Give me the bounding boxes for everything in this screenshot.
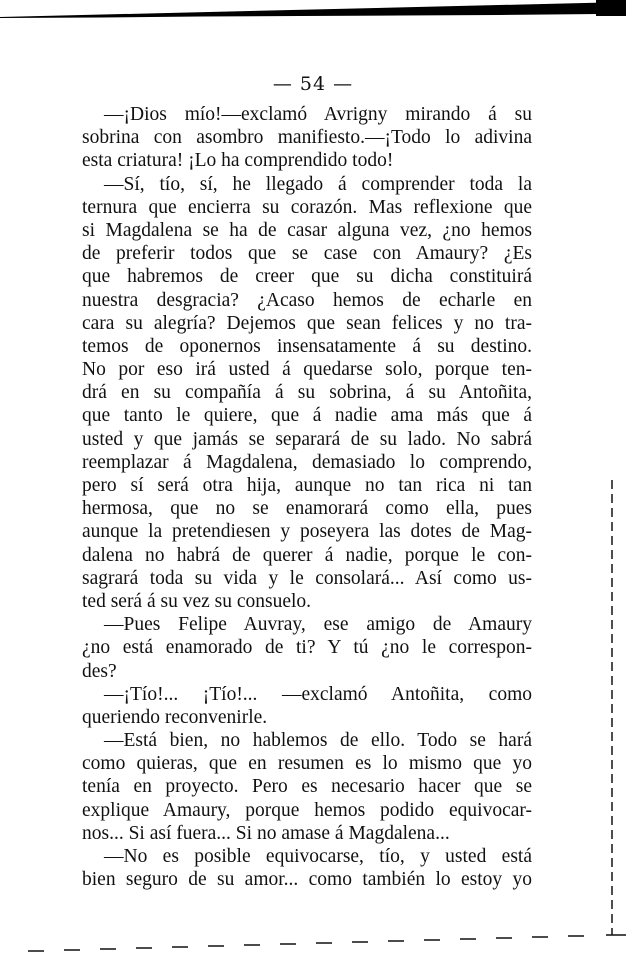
text-line: reemplazar á Magdalena, demasiado lo com… (82, 451, 532, 474)
text-line: —¡Tío!... ¡Tío!... —exclamó Antoñita, co… (82, 683, 532, 706)
text-line: usted y que jamás se separará de su lado… (82, 428, 532, 451)
page-bottom-edge-dashes (0, 925, 626, 955)
text-line: No por eso irá usted á quedarse solo, po… (82, 358, 532, 381)
text-line: temos de oponernos insensatamente á su d… (82, 335, 532, 358)
text-line: ternura que encierra su corazón. Mas ref… (82, 196, 532, 219)
text-line: que habremos de creer que su dicha const… (82, 265, 532, 288)
text-line: —No es posible equivocarse, tío, y usted… (82, 845, 532, 868)
text-line: nos... Si así fuera... Si no amase á Mag… (82, 822, 532, 845)
body-text: —¡Dios mío!—exclamó Avrigny mirando á su… (82, 103, 532, 891)
text-line: si Magdalena se ha de casar alguna vez, … (82, 219, 532, 242)
text-line: —Sí, tío, sí, he llegado á comprender to… (82, 173, 532, 196)
text-line: bien seguro de su amor... como también l… (82, 868, 532, 891)
text-line: dalena no habrá de querer á nadie, porqu… (82, 544, 532, 567)
text-line: queriendo reconvenirle. (82, 706, 532, 729)
text-line: sagrará toda su vida y le consolará... A… (82, 567, 532, 590)
text-line: drá en su compañía á su sobrina, á su An… (82, 381, 532, 404)
text-line: des? (82, 660, 532, 683)
text-line: de preferir todos que se case con Amaury… (82, 242, 532, 265)
text-line: —¡Dios mío!—exclamó Avrigny mirando á su (82, 103, 532, 126)
page-top-edge-shadow (0, 0, 626, 20)
text-line: sobrina con asombro manifiesto.—¡Todo lo… (82, 126, 532, 149)
text-line: pero sí será otra hija, aunque no tan ri… (82, 474, 532, 497)
text-line: cara su alegría? Dejemos que sean felice… (82, 312, 532, 335)
text-line: nuestra desgracia? ¿Acaso hemos de echar… (82, 289, 532, 312)
text-line: explique Amaury, porque hemos podido equ… (82, 799, 532, 822)
text-line: hermosa, que no se enamorará como ella, … (82, 497, 532, 520)
page-number: — 54 — (0, 73, 626, 95)
text-line: aunque la pretendiesen y poseyera las do… (82, 520, 532, 543)
text-line: que tanto le quiere, que á nadie ama más… (82, 404, 532, 427)
text-line: —Pues Felipe Auvray, ese amigo de Amaury (82, 613, 532, 636)
text-line: esta criatura! ¡Lo ha comprendido todo! (82, 149, 532, 172)
text-line: tenía en proyecto. Pero es necesario hac… (82, 775, 532, 798)
text-line: como quieras, que en resumen es lo mismo… (82, 752, 532, 775)
text-line: ¿no está enamorado de ti? Y tú ¿no le co… (82, 636, 532, 659)
page-right-edge-mark (611, 480, 613, 935)
text-line: ted será á su vez su consuelo. (82, 590, 532, 613)
text-line: —Está bien, no hablemos de ello. Todo se… (82, 729, 532, 752)
